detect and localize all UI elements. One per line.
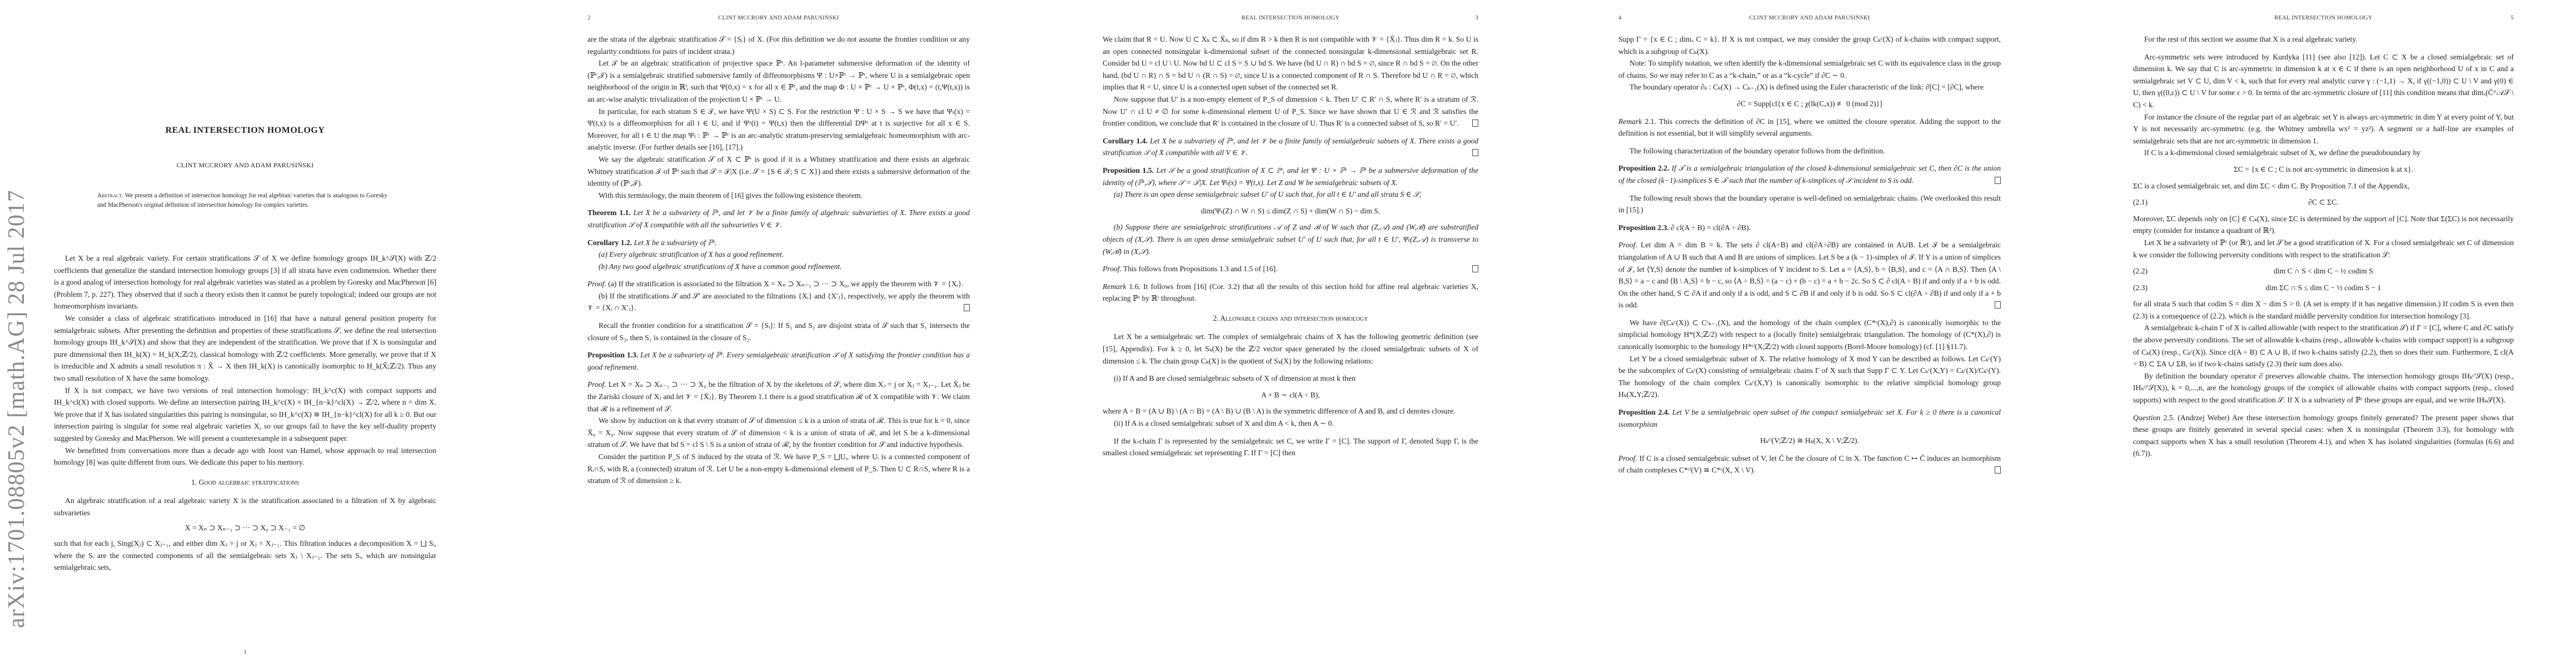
paragraph: for all strata S such that codim S = dim… <box>2133 298 2514 322</box>
paragraph-text: A semialgebraic k-chain Γ of X is called… <box>2133 323 2514 368</box>
block-text: ∂ cl(A ÷ B) = cl(∂A ÷ ∂B). <box>1671 223 1751 232</box>
paragraph-text: (b) Any two good algebraic stratificatio… <box>599 262 842 271</box>
block-text: Let X = Xₙ ⊃ Xₙ₋₁ ⊃ ··· ⊃ X₀ be the filt… <box>587 380 970 412</box>
qed-icon <box>1472 120 1478 127</box>
block-label: Corollary 1.2. <box>587 238 632 247</box>
block-text: (a) If the stratification is associated … <box>608 280 963 288</box>
paragraph: By definition the boundary operator ∂ pr… <box>2133 370 2514 406</box>
equation-body: dim ΣC ∩ S ≤ dim C − ½ codim S − 1 <box>2205 282 2514 294</box>
paragraph-text: For instance the closure of the regular … <box>2133 113 2514 145</box>
paragraph-text: where A ÷ B = (A ∪ B) \ (A ∩ B) = (A \ B… <box>1103 407 1456 415</box>
paragraph-text: (a) Every algebraic stratification of X … <box>599 250 784 258</box>
paragraph-text: (b) Suppose there are semialgebraic stra… <box>1103 223 1478 255</box>
section-heading: 1. Good algebraic stratifications <box>54 476 436 489</box>
block-text: If 𝒯 is a semialgebraic triangulation of… <box>1618 164 2001 185</box>
equation-body: ∂C ⊂ ΣC. <box>2205 196 2514 208</box>
paragraph: where A ÷ B = (A ∪ B) \ (A ∩ B) = (A \ B… <box>1103 405 1478 417</box>
page-3: REAL INTERSECTION HOMOLOGY 3 We claim th… <box>1103 0 1478 667</box>
block-text: Let 𝒮 be a good stratification of X ⊂ ℙʳ… <box>1103 166 1478 187</box>
paragraph: are the strata of the algebraic stratifi… <box>587 33 970 57</box>
running-head-title: CLINT MCCRORY AND ADAM PARUSIŃSKI <box>587 15 970 21</box>
paragraph: Note: To simplify notation, we often ide… <box>1618 57 2001 81</box>
theorem: Theorem 1.1. Let X be a subvariety of ℙʳ… <box>587 207 970 231</box>
equation-number: (2.1) <box>2133 196 2205 208</box>
equation: A + B ∼ cl(A ÷ B), <box>1103 389 1478 401</box>
paragraph: (ii) If A is a closed semialgebraic subs… <box>1103 417 1478 430</box>
block-label: Proposition 1.3. <box>587 351 638 359</box>
paragraph-text: are the strata of the algebraic stratifi… <box>587 35 970 56</box>
proof: Proof. This follows from Propositions 1.… <box>1103 263 1478 275</box>
paragraph-text: For the rest of this section we assume t… <box>2144 35 2358 43</box>
paragraph-text: By definition the boundary operator ∂ pr… <box>2133 372 2514 404</box>
paragraph: Consider the partition P_S of S induced … <box>587 451 970 487</box>
block-text: 1.6. It follows from [16] (Cor. 3.2) tha… <box>1103 282 1478 303</box>
paragraph: Let 𝒯 be an algebraic stratification of … <box>587 57 970 105</box>
paragraph-text: If C is a k-dimensional closed semialgeb… <box>2144 148 2420 157</box>
page-3-body: We claim that R = U. Now U ⊂ Xₖ ⊂ X̄ₖ, s… <box>1103 33 1478 459</box>
theorem: Proposition 1.3. Let X be a subvariety o… <box>587 349 970 373</box>
block-label: Proof. <box>587 280 606 288</box>
paragraph-text: We show by induction on k that every str… <box>587 416 970 449</box>
paragraph-text: Let X be a semialgebraic set. The comple… <box>1103 332 1478 365</box>
running-head: REAL INTERSECTION HOMOLOGY 3 <box>1103 15 1478 23</box>
paragraph: (a) Every algebraic stratification of X … <box>587 248 970 261</box>
paragraph-text: Moreover, ΣC depends only on [C] ∈ Cₖ(X)… <box>2133 215 2514 235</box>
paragraph-text: Arc-symmetric sets were introduced by Ku… <box>2133 53 2514 109</box>
paragraph-text: Now suppose that U′ is a non-empty eleme… <box>1103 95 1478 127</box>
abstract-text: We present a definition of intersection … <box>97 192 387 208</box>
paragraph: We consider a class of algebraic stratif… <box>54 312 436 385</box>
page-2: 2 CLINT MCCRORY AND ADAM PARUSIŃSKI are … <box>587 0 970 667</box>
numbered-equation: (2.1)∂C ⊂ ΣC. <box>2133 196 2514 208</box>
paragraph-text: Note: To simplify notation, we often ide… <box>1618 59 2001 79</box>
qed-icon <box>1995 466 2001 474</box>
paragraph: such that for each j, Sing(Xⱼ) ⊂ Xⱼ₋₁, a… <box>54 537 436 574</box>
proof: Proof. If C is a closed semialgebraic su… <box>1618 452 2001 476</box>
paragraph-text: The following result shows that the boun… <box>1618 194 2001 215</box>
paragraph: Let Y be a closed semialgebraic subset o… <box>1618 353 2001 401</box>
paragraph: (b) If the stratifications 𝒮 and 𝒮′ are … <box>587 290 970 314</box>
theorem: Proposition 2.4. Let V be a semialgebrai… <box>1618 406 2001 430</box>
block-text: Let dim A = dim B = k. The sets ∂ cl(A÷B… <box>1618 241 2001 309</box>
paragraph: The following characterization of the bo… <box>1618 145 2001 157</box>
remark: Question 2.5. (Andrzej Weber) Are these … <box>2133 412 2514 460</box>
page-5: REAL INTERSECTION HOMOLOGY 5 For the res… <box>2133 0 2547 667</box>
page-number: 3 <box>1475 15 1478 21</box>
paragraph-text: Let 𝒯 be an algebraic stratification of … <box>587 59 970 103</box>
paragraph-text: The following characterization of the bo… <box>1630 147 1885 155</box>
block-label: Proof. <box>1618 241 1637 249</box>
paragraph-text: We have ∂(Cₖᶜ(X)) ⊂ Cᶜₖ₋₁(X), and the ho… <box>1618 318 2001 351</box>
block-text: Let X be a subvariety of ℙʳ. <box>634 238 717 247</box>
remark: Remark 2.1. This corrects the definition… <box>1618 116 2001 140</box>
paragraph: (b) Suppose there are semialgebraic stra… <box>1103 221 1478 257</box>
section-heading: 2. Allowable chains and intersection hom… <box>1103 312 1478 325</box>
abstract: Abstract. We present a definition of int… <box>97 191 387 211</box>
proof: Proof. Let X = Xₙ ⊃ Xₙ₋₁ ⊃ ··· ⊃ X₀ be t… <box>587 379 970 415</box>
equation: ΣC = {x ∈ C ; C is not arc-symmetric in … <box>2133 163 2514 176</box>
equation: ∂C = Supp[cl{x ∈ C ; χ(lk(C,x)) ≢ 0 (mod… <box>1618 98 2001 110</box>
arxiv-stamp: arXiv:1701.08805v2 [math.AG] 28 Jul 2017 <box>3 72 30 628</box>
paragraph: If the k-chain Γ is represented by the s… <box>1103 435 1478 459</box>
equation-number: (2.2) <box>2133 265 2205 277</box>
block-label: Question <box>2133 414 2160 422</box>
equation: dim(Ψₜ(Z) ∩ W ∩ S) ≤ dim(Z ∩ S) + dim(W … <box>1103 205 1478 217</box>
page-4-body: Supp Γ = {x ∈ C ; dimₓ C = k}. If X is n… <box>1618 33 2001 476</box>
page-1-body: Let X be a real algebraic variety. For c… <box>54 252 436 574</box>
block-label: Corollary 1.4. <box>1103 137 1148 145</box>
paragraph-text: If the k-chain Γ is represented by the s… <box>1103 437 1478 457</box>
paragraph: Now suppose that U′ is a non-empty eleme… <box>1103 93 1478 130</box>
paragraph-text: We say the algebraic stratification 𝒮 of… <box>587 155 970 187</box>
block-label: Theorem 1.1. <box>587 208 631 217</box>
block-label: Proposition 2.2. <box>1618 164 1669 172</box>
paragraph: (b) Any two good algebraic stratificatio… <box>587 261 970 273</box>
block-text: Let X be a subvariety of ℙʳ. Every semia… <box>587 351 970 371</box>
paragraph: In particular, for each stratum S ∈ 𝒯, w… <box>587 106 970 153</box>
theorem: Proposition 1.5. Let 𝒮 be a good stratif… <box>1103 165 1478 188</box>
paper-authors: CLINT MCCRORY AND ADAM PARUSIŃSKI <box>54 161 436 170</box>
qed-icon <box>1995 301 2001 308</box>
paragraph-text: Let Y be a closed semialgebraic subset o… <box>1618 355 2001 399</box>
running-head: 4 CLINT MCCRORY AND ADAM PARUSIŃSKI <box>1618 15 2001 23</box>
paragraph: Let X be a subvariety of ℙʳ (or ℝʳ), and… <box>2133 237 2514 261</box>
paragraph-text: The boundary operator ∂ₖ : Cₖ(X) → Cₖ₋₁(… <box>1630 83 1984 91</box>
block-text: 2.5. (Andrzej Weber) Are these intersect… <box>2133 414 2514 458</box>
paragraph: Arc-symmetric sets were introduced by Ku… <box>2133 51 2514 111</box>
block-label: Proposition 1.5. <box>1103 166 1154 175</box>
block-text: Let X be a subvariety of ℙʳ, and let 𝒱 b… <box>1103 137 1478 157</box>
paragraph: The following result shows that the boun… <box>1618 192 2001 216</box>
block-text: Let X be a subvariety of ℙʳ, and let 𝒱 b… <box>587 208 970 229</box>
paragraph-text: (ii) If A is a closed semialgebraic subs… <box>1114 419 1334 427</box>
paragraph: (i) If A and B are closed semialgebraic … <box>1103 372 1478 385</box>
paragraph: We claim that R = U. Now U ⊂ Xₖ ⊂ X̄ₖ, s… <box>1103 33 1478 93</box>
theorem: Proposition 2.3. ∂ cl(A ÷ B) = cl(∂A ÷ ∂… <box>1618 222 2001 234</box>
running-head-title: CLINT MCCRORY AND ADAM PARUSIŃSKI <box>1618 15 2001 21</box>
paragraph-text: Supp Γ = {x ∈ C ; dimₓ C = k}. If X is n… <box>1618 35 2001 56</box>
numbered-equation: (2.2)dim C ∩ S < dim C − ½ codim S <box>2133 265 2514 277</box>
paragraph-text: (a) There is an open dense semialgebraic… <box>1114 190 1421 198</box>
qed-icon <box>1472 149 1478 156</box>
paragraph: We say the algebraic stratification 𝒮 of… <box>587 153 970 190</box>
paragraph-text: (i) If A and B are closed semialgebraic … <box>1114 374 1356 382</box>
paragraph: ΣC is a closed semialgebraic set, and di… <box>2133 180 2514 192</box>
page-4: 4 CLINT MCCRORY AND ADAM PARUSIŃSKI Supp… <box>1618 0 2001 667</box>
paragraph: Let X be a semialgebraic set. The comple… <box>1103 331 1478 367</box>
theorem: Proposition 2.2. If 𝒯 is a semialgebraic… <box>1618 162 2001 186</box>
theorem: Corollary 1.2. Let X be a subvariety of … <box>587 237 970 249</box>
page-1: REAL INTERSECTION HOMOLOGY CLINT MCCRORY… <box>54 0 436 667</box>
qed-icon <box>1472 265 1478 272</box>
paragraph-text: We claim that R = U. Now U ⊂ Xₖ ⊂ X̄ₖ, s… <box>1103 35 1478 91</box>
paragraph: If C is a k-dimensional closed semialgeb… <box>2133 147 2514 159</box>
equation-number: (2.3) <box>2133 282 2205 294</box>
paragraph: For the rest of this section we assume t… <box>2133 33 2514 46</box>
block-text: 2.1. This corrects the definition of ∂C … <box>1618 117 2001 138</box>
qed-icon <box>964 304 970 311</box>
block-label: Proof. <box>587 380 606 389</box>
numbered-equation: (2.3)dim ΣC ∩ S ≤ dim C − ½ codim S − 1 <box>2133 282 2514 294</box>
paragraph: Let X be a real algebraic variety. For c… <box>54 252 436 312</box>
remark: Remark 1.6. It follows from [16] (Cor. 3… <box>1103 281 1478 305</box>
paragraph: Supp Γ = {x ∈ C ; dimₓ C = k}. If X is n… <box>1618 33 2001 57</box>
paragraph: A semialgebraic k-chain Γ of X is called… <box>2133 322 2514 370</box>
paper-title: REAL INTERSECTION HOMOLOGY <box>54 126 436 136</box>
block-text: This follows from Propositions 1.3 and 1… <box>1123 265 1278 273</box>
block-label: Remark <box>1103 282 1126 291</box>
qed-icon <box>1995 177 2001 184</box>
block-label: Proof. <box>1103 265 1122 273</box>
equation: Hₖᶜˡ(V;ℤ/2) ≅ Hₖ(X, X \ V;ℤ/2). <box>1618 435 2001 447</box>
paragraph-text: In particular, for each stratum S ∈ 𝒯, w… <box>587 107 970 152</box>
equation: X = Xₙ ⊃ Xₙ₋₁ ⊃ ··· ⊃ X₀ ⊃ X₋₁ = ∅ <box>54 522 436 534</box>
running-head: REAL INTERSECTION HOMOLOGY 5 <box>2133 15 2514 23</box>
running-head: 2 CLINT MCCRORY AND ADAM PARUSIŃSKI <box>587 15 970 23</box>
page-number: 5 <box>2510 15 2514 21</box>
paragraph: An algebraic stratification of a real al… <box>54 495 436 519</box>
paragraph-text: Let X be a subvariety of ℙʳ (or ℝʳ), and… <box>2133 238 2514 259</box>
paragraph: If X is not compact, we have two version… <box>54 385 436 445</box>
running-head-title: REAL INTERSECTION HOMOLOGY <box>2133 15 2514 21</box>
paragraph-text: Recall the frontier condition for a stra… <box>587 321 970 342</box>
paragraph-text: (b) If the stratifications 𝒮 and 𝒮′ are … <box>587 292 970 312</box>
proof: Proof. (a) If the stratification is asso… <box>587 278 970 290</box>
block-text: Let V be a semialgebraic open subset of … <box>1618 408 2001 429</box>
page-number: 1 <box>54 649 436 655</box>
proof: Proof. Let dim A = dim B = k. The sets ∂… <box>1618 239 2001 311</box>
paragraph: We have ∂(Cₖᶜ(X)) ⊂ Cᶜₖ₋₁(X), and the ho… <box>1618 317 2001 353</box>
block-label: Proposition 2.3. <box>1618 223 1669 232</box>
paragraph-text: for all strata S such that codim S = dim… <box>2133 300 2514 320</box>
paragraph: We show by induction on k that every str… <box>587 415 970 451</box>
paragraph-text: With this terminology, the main theorem … <box>599 191 863 200</box>
block-text: If C is a closed semialgebraic subset of… <box>1618 454 2001 475</box>
paragraph: For instance the closure of the regular … <box>2133 111 2514 147</box>
paragraph: Recall the frontier condition for a stra… <box>587 320 970 344</box>
abstract-label: Abstract. <box>97 192 123 199</box>
page-2-body: are the strata of the algebraic stratifi… <box>587 33 970 487</box>
paragraph: We benefitted from conversations more th… <box>54 445 436 469</box>
block-label: Proof. <box>1618 454 1637 462</box>
paragraph: With this terminology, the main theorem … <box>587 190 970 202</box>
page-5-body: For the rest of this section we assume t… <box>2133 33 2514 460</box>
paragraph: The boundary operator ∂ₖ : Cₖ(X) → Cₖ₋₁(… <box>1618 81 2001 93</box>
paragraph-text: ΣC is a closed semialgebraic set, and di… <box>2133 182 2409 190</box>
paragraph: Moreover, ΣC depends only on [C] ∈ Cₖ(X)… <box>2133 213 2514 237</box>
equation-body: dim C ∩ S < dim C − ½ codim S <box>2205 265 2514 277</box>
running-head-title: REAL INTERSECTION HOMOLOGY <box>1103 15 1478 21</box>
theorem: Corollary 1.4. Let X be a subvariety of … <box>1103 135 1478 159</box>
paragraph-text: Consider the partition P_S of S induced … <box>587 452 970 485</box>
paragraph: (a) There is an open dense semialgebraic… <box>1103 188 1478 201</box>
block-label: Remark <box>1618 117 1642 126</box>
block-label: Proposition 2.4. <box>1618 408 1670 416</box>
